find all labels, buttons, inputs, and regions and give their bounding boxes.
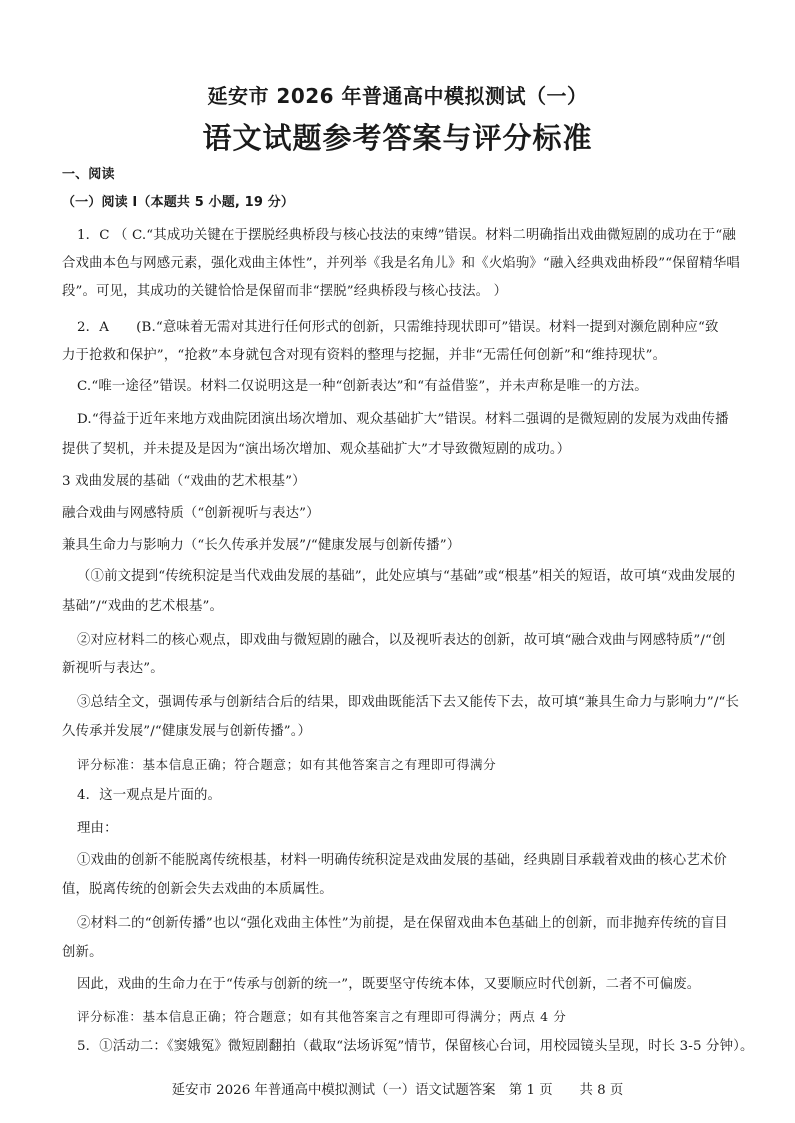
answer-3-explain-3-line-2: 久传承并发展”/“健康发展与创新传播”。） <box>62 723 752 741</box>
answer-3-explain-1-line-2: 基础”/“戏曲的艺术根基”。 <box>62 598 752 616</box>
scoring-standard-4: 评分标准：基本信息正确；符合题意；如有其他答案言之有理即可得满分；两点 4 分 <box>77 1008 767 1026</box>
answer-4-reason-1-line-1: ①戏曲的创新不能脱离传统根基，材料一明确传统积淀是戏曲发展的基础，经典剧目承载着… <box>77 852 767 870</box>
answer-3-item-3: 兼具生命力与影响力（“长久传承并发展”/“健康发展与创新传播”） <box>62 537 752 555</box>
answer-3-explain-2-line-1: ②对应材料二的核心观点，即戏曲与微短剧的融合，以及视听表达的创新，故可填“融合戏… <box>77 632 767 650</box>
section-subheading: （一）阅读 I（本题共 5 小题, 19 分） <box>62 194 752 212</box>
answer-4-reason-label: 理由： <box>77 820 767 838</box>
answer-4-line-1: 4．这一观点是片面的。 <box>77 787 767 805</box>
answer-3-explain-2-line-2: 新视听与表达”。 <box>62 660 752 678</box>
answer-2-option-d-line-1: D.“得益于近年来地方戏曲院团演出场次增加、观众基础扩大”错误。材料二强调的是微… <box>77 411 767 429</box>
answer-1-line-3: 段”。可见，其成功的关键恰恰是保留而非“摆脱”经典桥段与核心技法。 ） <box>62 283 752 301</box>
answer-2-option-c: C.“唯一途径”错误。材料二仅说明这是一种“创新表达”和“有益借鉴”，并未声称是… <box>77 378 767 396</box>
page-footer: 延安市 2026 年普通高中模拟测试（一）语文试题答案 第 1 页 共 8 页 <box>0 1079 795 1098</box>
answer-2-line-1: 2．A (B.“意味着无需对其进行任何形式的创新，只需维持现状即可”错误。材料一… <box>77 319 767 337</box>
document-subtitle: 语文试题参考答案与评分标准 <box>0 116 795 157</box>
answer-4-conclusion: 因此，戏曲的生命力在于“传承与创新的统一”，既要坚守传统本体，又要顺应时代创新，… <box>77 976 767 994</box>
document-page: 延安市 2026 年普通高中模拟测试（一） 语文试题参考答案与评分标准 一、阅读… <box>0 0 795 1123</box>
answer-4-reason-1-line-2: 值，脱离传统的创新会失去戏曲的本质属性。 <box>62 881 752 899</box>
document-title: 延安市 2026 年普通高中模拟测试（一） <box>0 80 795 109</box>
answer-2-line-2: 力于抢救和保护”，“抢救”本身就包含对现有资料的整理与挖掘，并非“无需任何创新”… <box>62 347 752 365</box>
answer-1-line-1: 1．C （ C.“其成功关键在于摆脱经典桥段与核心技法的束缚”错误。材料二明确指… <box>77 227 767 245</box>
answer-3-explain-1-line-1: （①前文提到“传统积淀是当代戏曲发展的基础”，此处应填与“基础”或“根基”相关的… <box>77 568 767 586</box>
answer-4-reason-2-line-2: 创新。 <box>62 944 752 962</box>
scoring-standard-3: 评分标准：基本信息正确；符合题意；如有其他答案言之有理即可得满分 <box>77 756 767 774</box>
answer-4-reason-2-line-1: ②材料二的“创新传播”也以“强化戏曲主体性”为前提，是在保留戏曲本色基础上的创新… <box>77 915 767 933</box>
answer-1-line-2: 合戏曲本色与网感元素，强化戏曲主体性”，并列举《我是名角儿》和《火焰驹》“融入经… <box>62 255 752 273</box>
section-heading: 一、阅读 <box>62 166 752 184</box>
answer-3-explain-3-line-1: ③总结全文，强调传承与创新结合后的结果，即戏曲既能活下去又能传下去，故可填“兼具… <box>77 694 767 712</box>
answer-2-option-d-line-2: 提供了契机，并未提及是因为“演出场次增加、观众基础扩大”才导致微短剧的成功。） <box>62 441 752 459</box>
answer-3-item-1: 3 戏曲发展的基础（“戏曲的艺术根基”） <box>62 473 752 491</box>
answer-5-line-1: 5．①活动二：《窦娥冤》微短剧翻拍（截取“法场诉冤”情节，保留核心台词，用校园镜… <box>77 1038 767 1056</box>
answer-3-item-2: 融合戏曲与网感特质（“创新视听与表达”） <box>62 505 752 523</box>
